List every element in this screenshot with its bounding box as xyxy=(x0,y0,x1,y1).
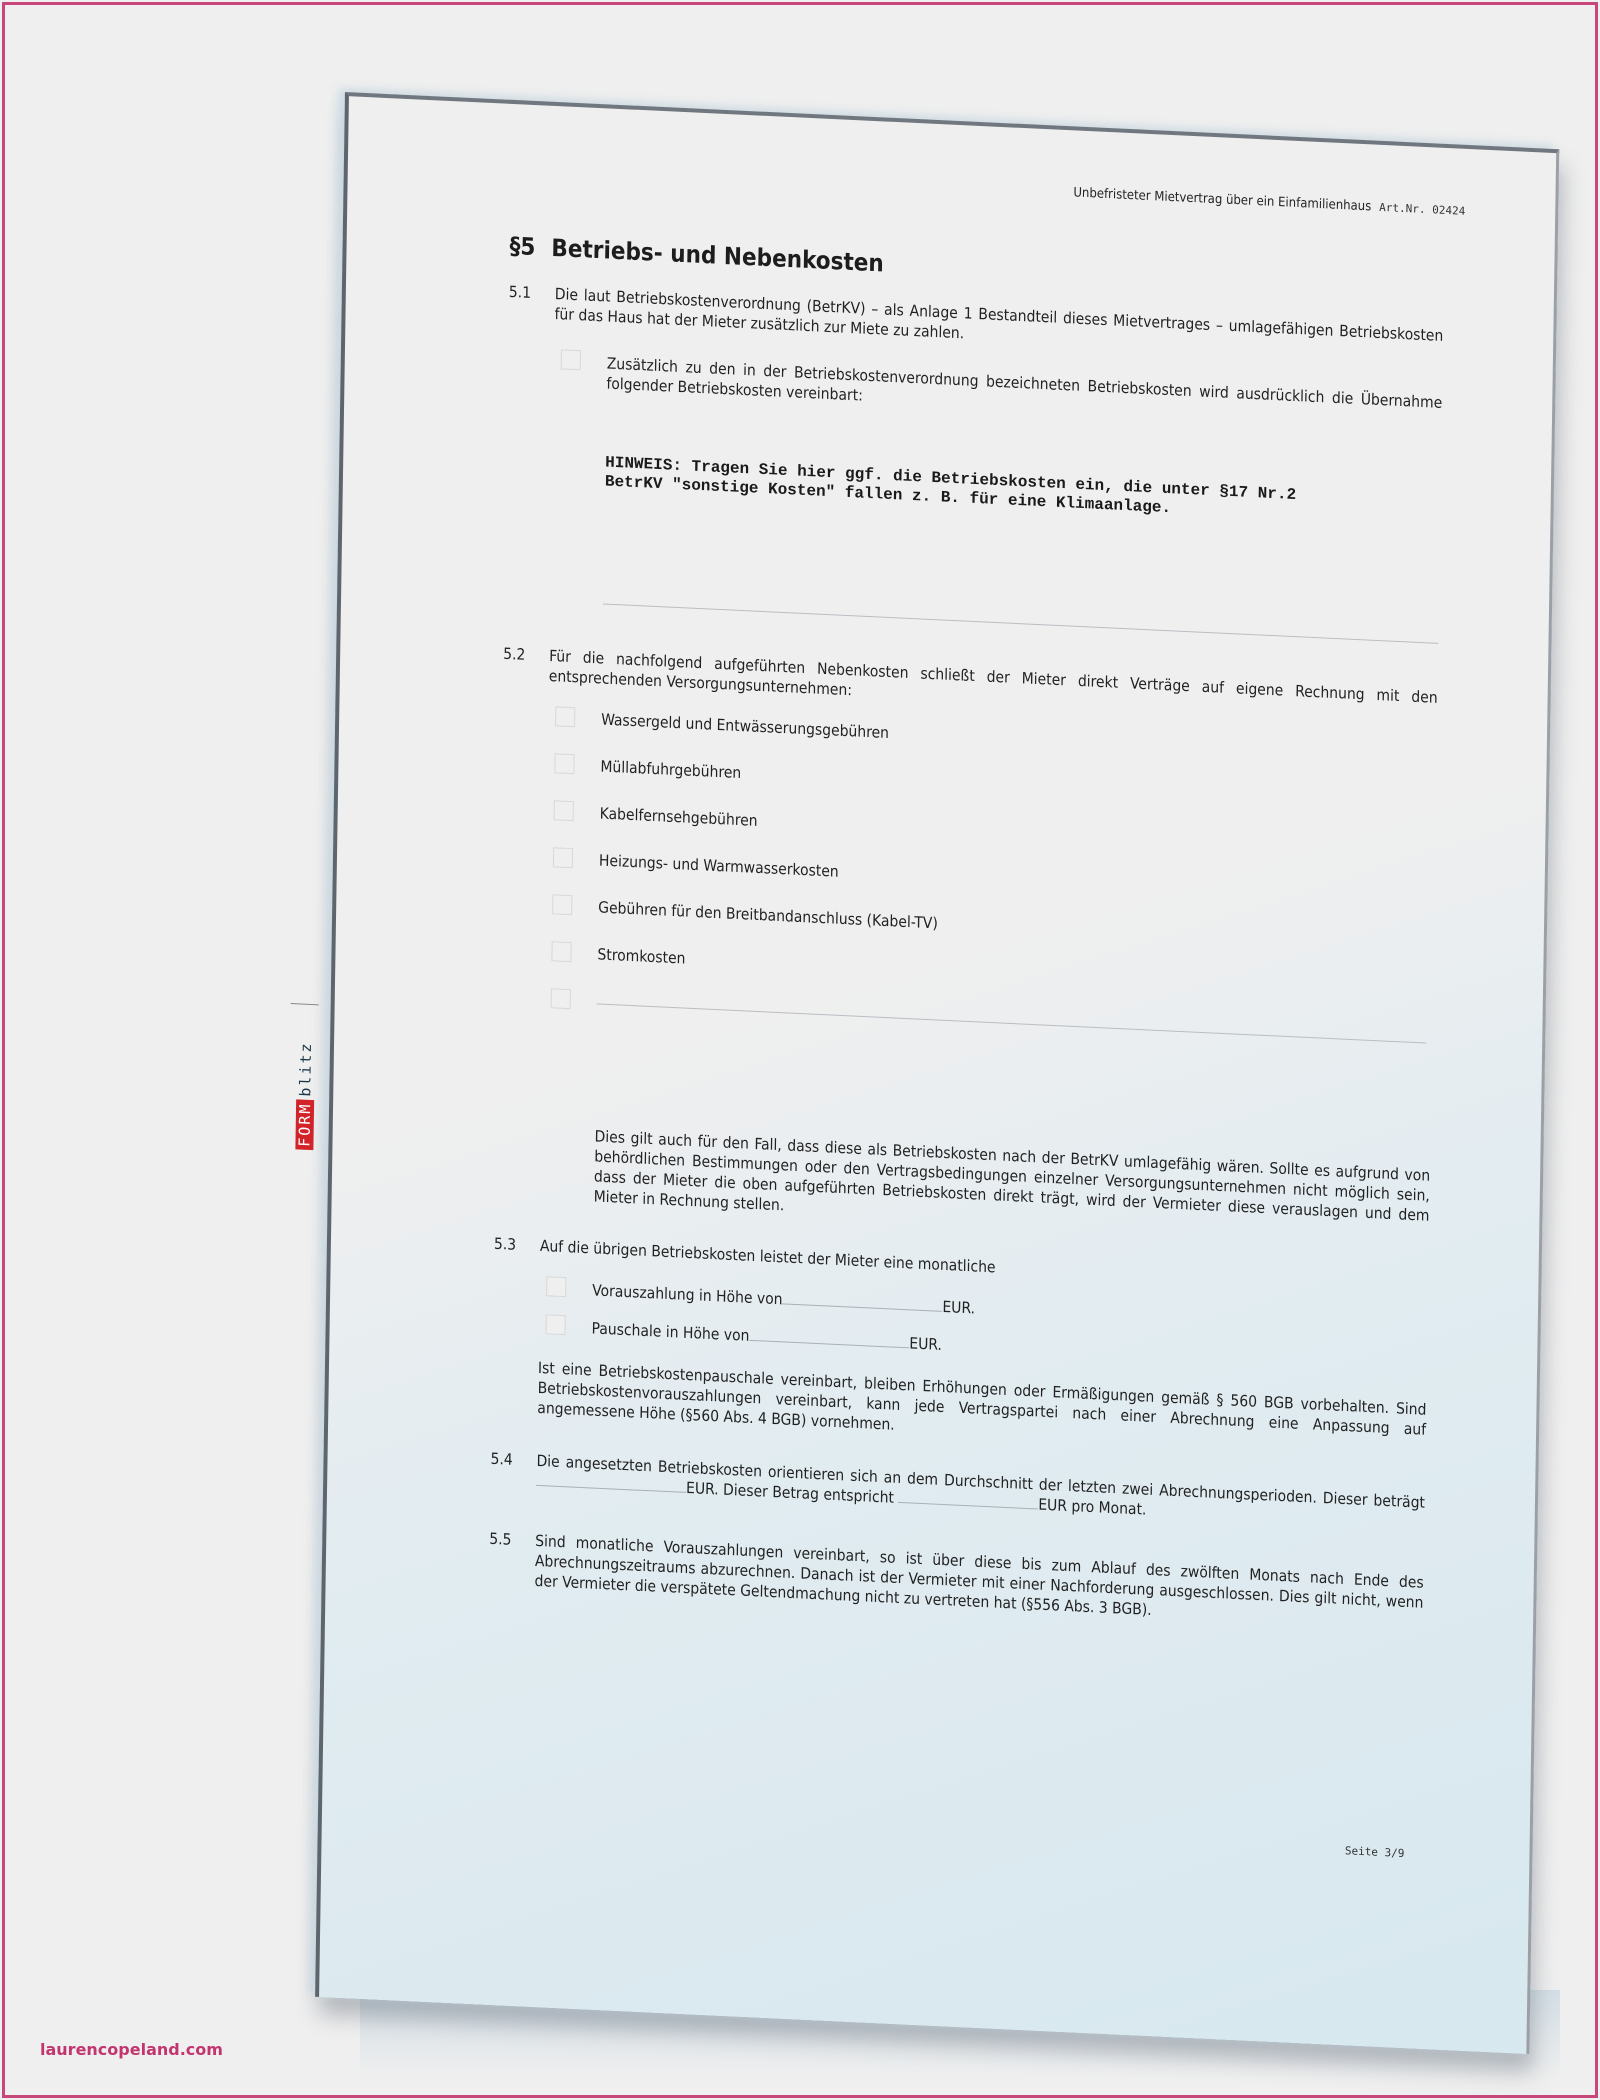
logo-rule xyxy=(291,1003,319,1005)
hint-text: HINWEIS: Tragen Sie hier ggf. die Betrie… xyxy=(605,453,1296,524)
utility-option-row: Heizungs- und Warmwasserkosten xyxy=(553,849,839,880)
currency-label: EUR. xyxy=(909,1334,942,1354)
clause-number: 5.1 xyxy=(509,282,549,304)
checkbox-flat-rate[interactable] xyxy=(546,1314,566,1335)
utility-option-checkbox[interactable] xyxy=(552,894,572,915)
clause-5-5: 5.5 Sind monatliche Vorauszahlungen vere… xyxy=(489,1529,1424,1633)
clause-5-3-note: Ist eine Betriebskostenpauschale vereinb… xyxy=(537,1358,1426,1460)
option-prepayment: Vorauszahlung in Höhe vonEUR. xyxy=(546,1278,975,1317)
utility-option-checkbox[interactable] xyxy=(554,800,574,821)
note-text: Dies gilt auch für den Fall, dass diese … xyxy=(594,1126,1431,1245)
clause-number: 5.2 xyxy=(503,644,543,666)
utility-option-checkbox[interactable] xyxy=(551,941,571,962)
utility-option-row: Stromkosten xyxy=(551,943,685,967)
clause-5-1: 5.1 Die laut Betriebskostenverordnung (B… xyxy=(508,282,1443,366)
watermark-text: laurencopeland.com xyxy=(40,2040,223,2059)
checkbox-prepayment[interactable] xyxy=(546,1276,566,1297)
currency-label: EUR. xyxy=(942,1298,975,1318)
clause-5-4: 5.4 Die angesetzten Betriebskosten orien… xyxy=(490,1449,1425,1533)
page-number: Seite 3/9 xyxy=(1345,1844,1405,1860)
option-additional-costs: Zusätzlich zu den in der Betriebskostenv… xyxy=(560,351,1442,433)
utility-option-checkbox[interactable] xyxy=(553,847,573,868)
utility-option-row: Gebühren für den Breitbandanschluss (Kab… xyxy=(552,896,938,932)
utility-option-label: Wassergeld und Entwässerungsgebühren xyxy=(601,710,889,742)
clause-text: Die angesetzten Betriebskosten orientier… xyxy=(536,1451,1425,1533)
utility-option-row: Wassergeld und Entwässerungsgebühren xyxy=(555,708,889,742)
document-page-wrapper: Unbefristeter Mietvertrag über ein Einfa… xyxy=(315,92,1559,2054)
logo-text: FORMblitz xyxy=(294,1038,316,1150)
utility-option-label: Heizungs- und Warmwasserkosten xyxy=(599,851,839,880)
utility-option-checkbox[interactable] xyxy=(551,988,571,1009)
clause-5-2-note: Dies gilt auch für den Fall, dass diese … xyxy=(594,1126,1431,1245)
clause-text: Sind monatliche Vorauszahlungen vereinba… xyxy=(534,1531,1423,1633)
flat-rate-amount-field[interactable] xyxy=(749,1326,909,1349)
formblitz-logo: FORMblitz xyxy=(294,1009,316,1150)
utility-option-label: Kabelfernsehgebühren xyxy=(600,804,758,829)
utility-option-label: Müllabfuhrgebühren xyxy=(600,757,741,782)
document-page: Unbefristeter Mietvertrag über ein Einfa… xyxy=(315,92,1559,2054)
utility-option-checkbox[interactable] xyxy=(554,753,574,774)
utility-option-row: Müllabfuhrgebühren xyxy=(554,755,741,782)
clause-text: Die laut Betriebskostenverordnung (BetrK… xyxy=(554,284,1443,366)
utility-option-label: Gebühren für den Breitbandanschluss (Kab… xyxy=(598,898,938,932)
header-title: Unbefristeter Mietvertrag über ein Einfa… xyxy=(1073,185,1371,214)
clause-text-c: EUR pro Monat. xyxy=(1038,1496,1146,1519)
section-heading: §5Betriebs- und Nebenkosten xyxy=(509,232,884,278)
logo-blitz: blitz xyxy=(296,1038,315,1100)
clause-number: 5.4 xyxy=(490,1449,530,1471)
article-number: Art.Nr. 02424 xyxy=(1379,201,1465,218)
utility-option-checkbox[interactable] xyxy=(555,706,575,727)
flat-rate-label: Pauschale in Höhe von xyxy=(591,1319,749,1344)
utility-option-label: Stromkosten xyxy=(597,945,685,967)
option-label: Zusätzlich zu den in der Betriebskostenv… xyxy=(606,354,1442,433)
note-text: Ist eine Betriebskostenpauschale vereinb… xyxy=(537,1358,1426,1460)
running-header: Unbefristeter Mietvertrag über ein Einfa… xyxy=(1073,185,1465,218)
clause-number: 5.5 xyxy=(489,1529,529,1551)
logo-form: FORM xyxy=(295,1099,314,1150)
custom-utility-input-line[interactable] xyxy=(597,1002,1427,1043)
checkbox-additional-costs[interactable] xyxy=(561,349,581,370)
utility-option-row: Kabelfernsehgebühren xyxy=(554,802,758,830)
clause-number: 5.3 xyxy=(494,1234,534,1256)
prepayment-amount-field[interactable] xyxy=(782,1289,942,1312)
section-title: Betriebs- und Nebenkosten xyxy=(551,234,884,278)
option-flat-rate: Pauschale in Höhe vonEUR. xyxy=(545,1316,942,1354)
utility-options-list: Wassergeld und EntwässerungsgebührenMüll… xyxy=(349,96,1556,153)
additional-costs-input-line[interactable] xyxy=(603,603,1438,643)
prepayment-label: Vorauszahlung in Höhe von xyxy=(592,1281,783,1308)
section-number: §5 xyxy=(509,232,535,261)
